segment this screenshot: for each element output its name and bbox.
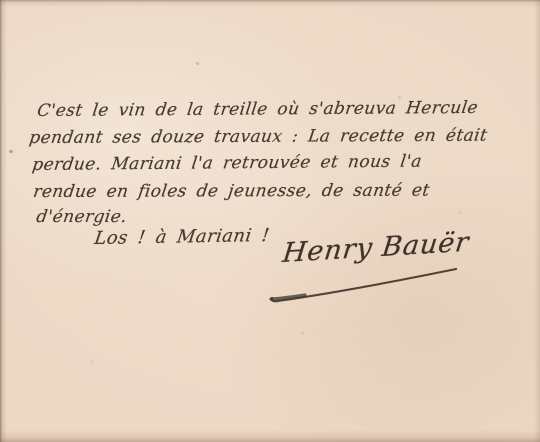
paper-fleck: [91, 360, 94, 363]
note-line-1: C'est le vin de la treille où s'abreuva …: [36, 98, 479, 121]
scanned-letter-page: C'est le vin de la treille où s'abreuva …: [0, 0, 540, 442]
paper-fleck: [9, 150, 13, 153]
paper-fleck: [196, 62, 199, 65]
note-line-5: d'énergie.: [35, 207, 128, 227]
acclamation-line: Los ! à Mariani !: [93, 225, 271, 249]
note-line-2: pendant ses douze travaux : La recette e…: [28, 126, 489, 148]
paper-fleck: [301, 332, 304, 335]
note-line-4: rendue en fioles de jeunesse, de santé e…: [32, 181, 431, 202]
signature-henry-bauer: Henry Bauër: [281, 227, 471, 269]
note-line-3: perdue. Mariani l'a retrouvée et nous l'…: [31, 152, 423, 175]
paper-fleck: [458, 211, 461, 214]
